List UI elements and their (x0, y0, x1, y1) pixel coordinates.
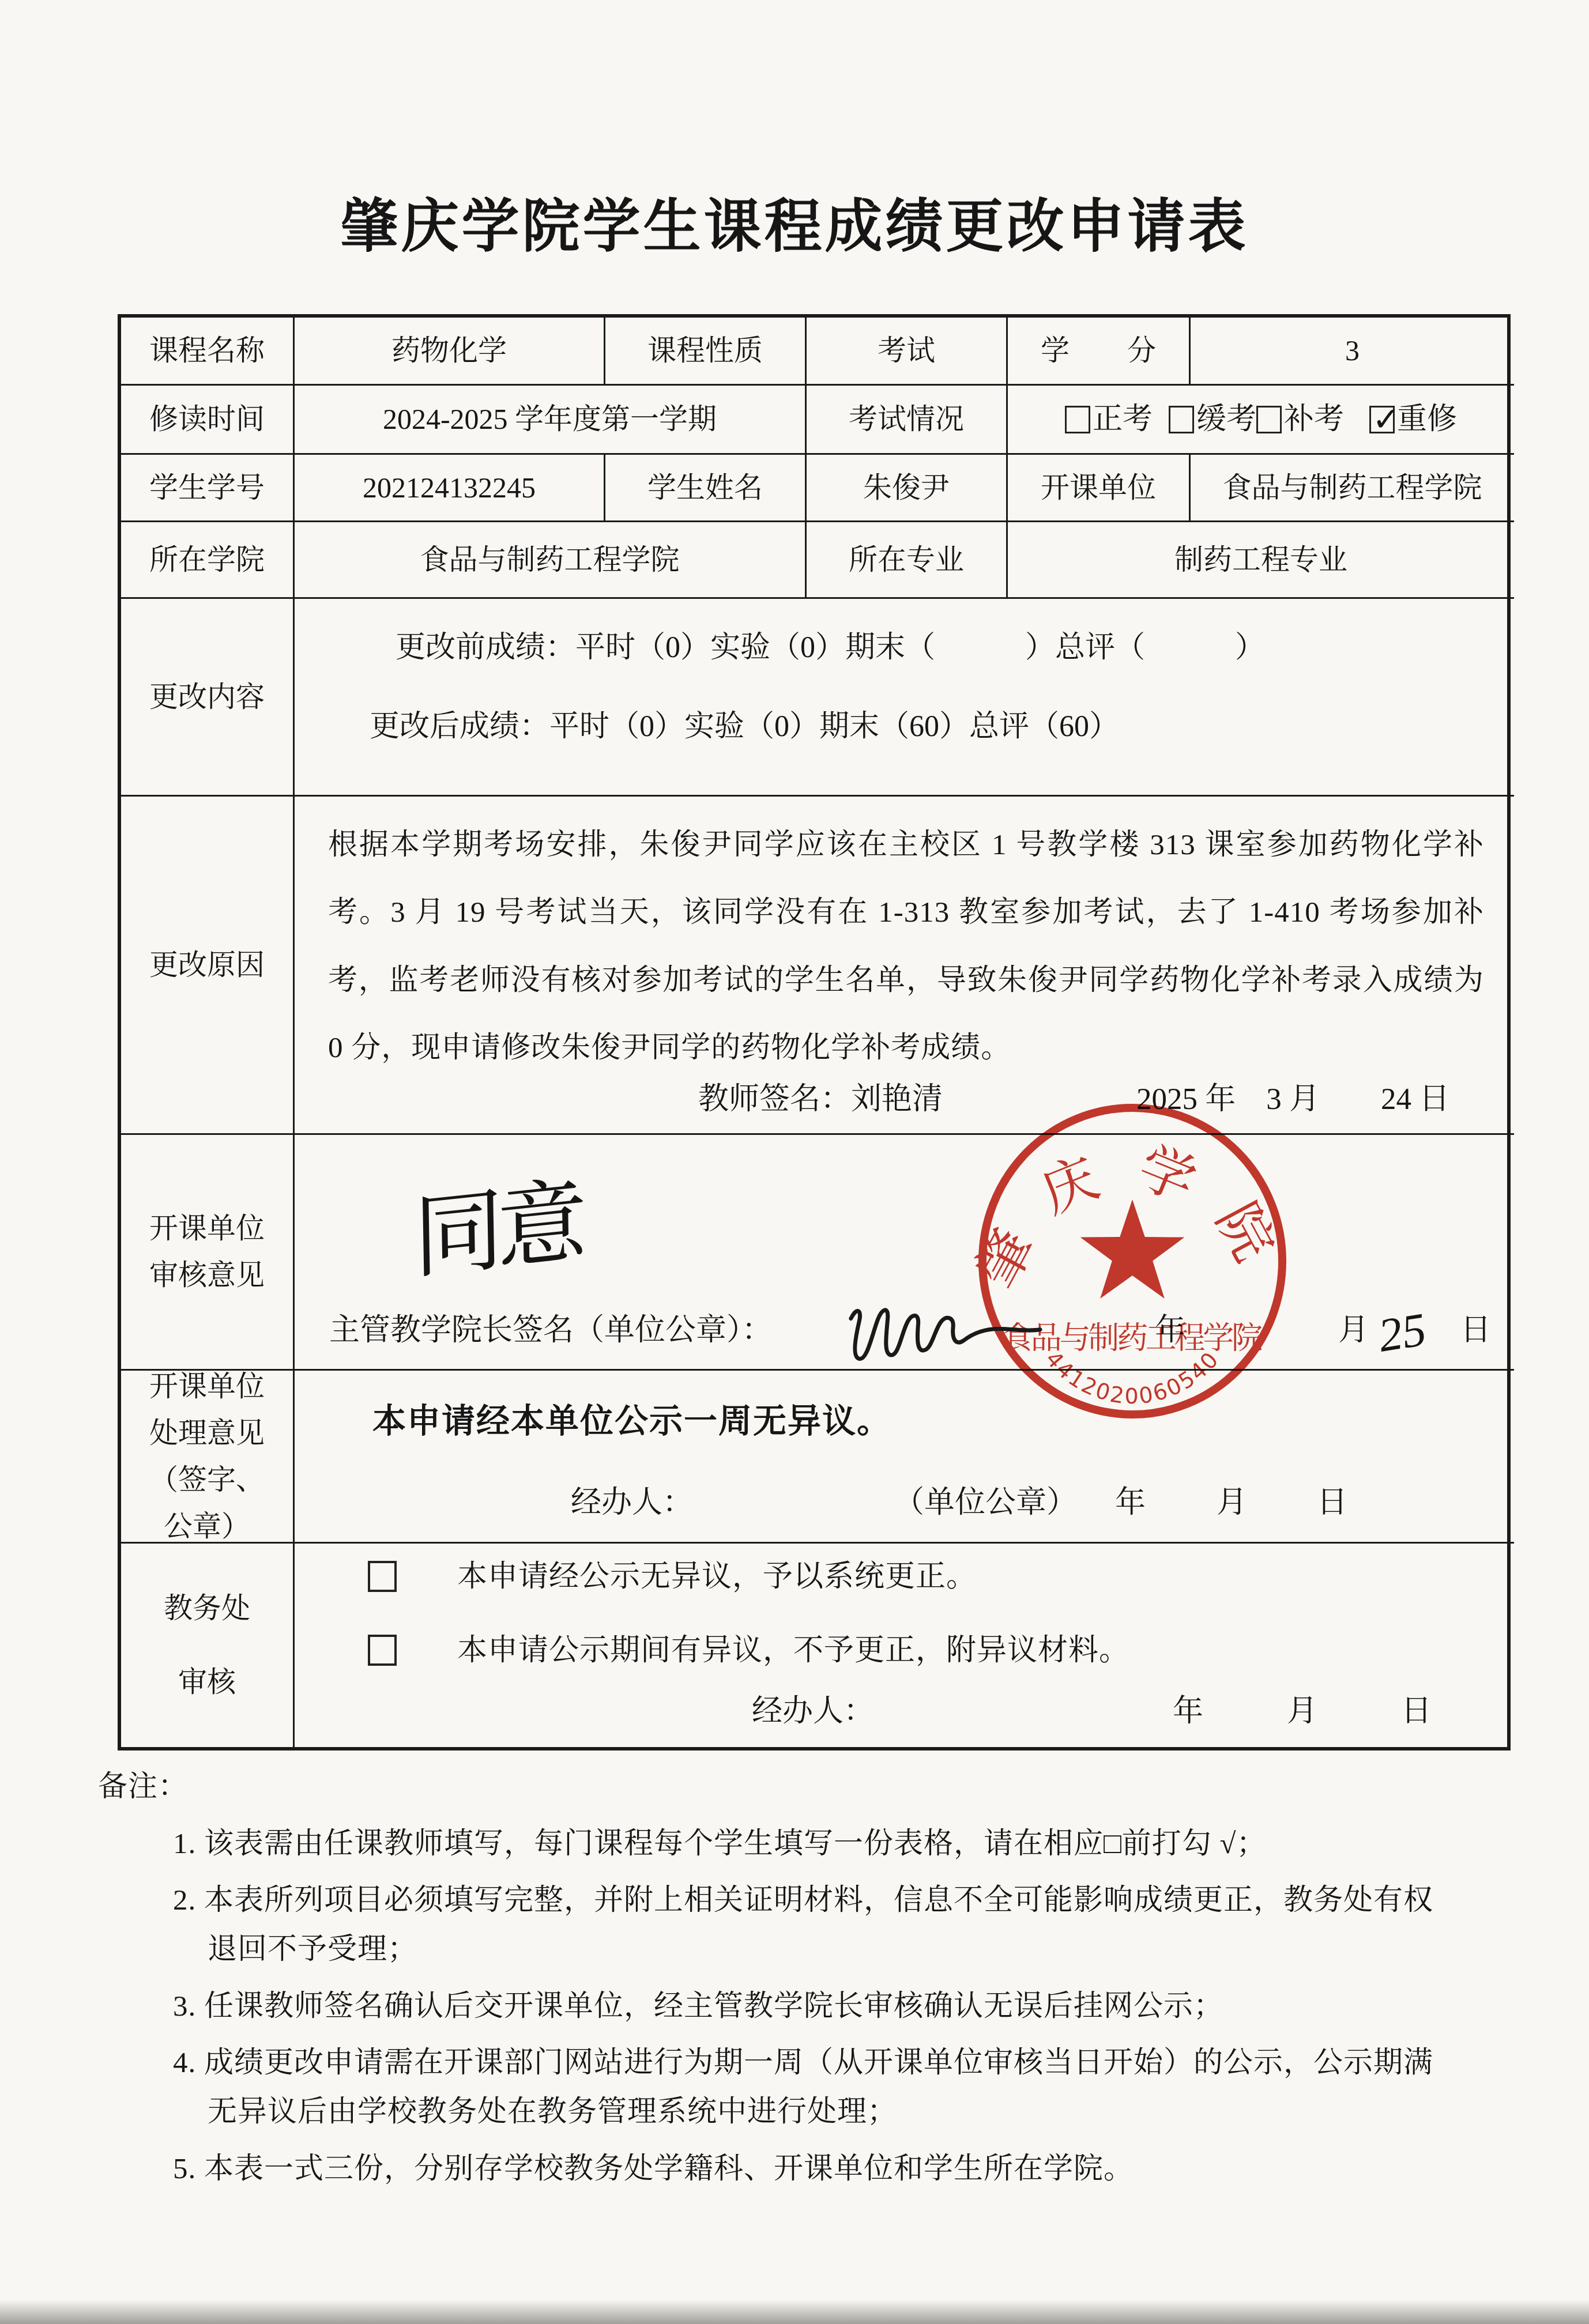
checkbox-zhengkao (1065, 406, 1090, 433)
change-reason-text: 根据本学期考场安排，朱俊尹同学应该在主校区 1 号教学楼 313 课室参加药物化… (295, 797, 1514, 1082)
credit-value: 3 (1191, 318, 1514, 386)
student-name-value: 朱俊尹 (807, 455, 1008, 522)
exam-status-label: 考试情况 (807, 386, 1008, 455)
note-item-2: 2. 本表所列项目必须填写完整，并附上相关证明材料，信息不全可能影响成绩更正，教… (98, 1876, 1436, 1974)
change-content-cell: 更改前成绩：平时（0）实验（0）期末（ ）总评（ ） 更改后成绩：平时（0）实验… (295, 599, 1514, 797)
dean-day-label: 日 (1460, 1311, 1491, 1349)
registrar-option-2: 本申请公示期间有异议，不予更正，附异议材料。 (368, 1630, 1129, 1670)
checkbox-no-objection (368, 1561, 397, 1592)
grade-before-line: 更改前成绩：平时（0）实验（0）期末（ ）总评（ ） (396, 629, 1514, 666)
college-value: 食品与制药工程学院 (295, 522, 807, 599)
unit-operator-label: 经办人： (571, 1484, 693, 1522)
unit-review-label: 开课单位 审核意见 (121, 1135, 295, 1371)
public-notice-statement: 本申请经本单位公示一周无异议。 (372, 1401, 891, 1443)
registrar-day-label: 日 (1401, 1692, 1432, 1730)
dean-sign-label: 主管教学院长签名（单位公章）： (329, 1311, 773, 1349)
unit-operator-line: 经办人： （单位公章） 年 月 日 (295, 1484, 1514, 1522)
checkbox-bukao (1256, 406, 1282, 433)
teacher-sign-label: 教师签名： (698, 1082, 851, 1116)
unit-year-label: 年 (1115, 1484, 1146, 1522)
teacher-sign-date: 2025 年 3 月 24 日 (1136, 1080, 1449, 1118)
notes-section: 备注： 1. 该表需由任课教师填写，每门课程每个学生填写一份表格，请在相应□前打… (98, 1763, 1436, 2193)
handwritten-day: 25 (1374, 1300, 1430, 1365)
registrar-operator-label: 经办人： (752, 1692, 874, 1730)
checkbox-chongxiu-checked: ✓ (1369, 406, 1395, 433)
option-chongxiu-label: 重修 (1397, 401, 1457, 438)
credit-label: 学 分 (1008, 318, 1191, 386)
note-item-3: 3. 任课教师签名确认后交开课单位，经主管教学院长审核确认无误后挂网公示； (98, 1982, 1436, 2031)
option-zhengkao-label: 正考 (1093, 401, 1153, 438)
teacher-name: 刘艳清 (851, 1082, 943, 1116)
teacher-signature-line: 教师签名：刘艳清 2025 年 3 月 24 日 (295, 1080, 1514, 1118)
dean-signature-line: 主管教学院长签名（单位公章）： 年 月 25 日 (295, 1311, 1514, 1352)
notes-heading: 备注： (98, 1763, 1436, 1812)
handwritten-agree: 同意 (412, 1165, 582, 1297)
note-item-1: 1. 该表需由任课教师填写，每门课程每个学生填写一份表格，请在相应□前打勾 √； (98, 1820, 1436, 1869)
student-name-label: 学生姓名 (605, 455, 807, 522)
exam-status-options: 正考 缓考 补考 ✓重修 (1008, 386, 1514, 455)
registrar-year-label: 年 (1173, 1692, 1203, 1730)
registrar-label: 教务处 审核 (121, 1544, 295, 1747)
unit-review-cell: 同意 主管教学院长签名（单位公章）： 年 月 25 日 (295, 1135, 1514, 1371)
major-label: 所在专业 (807, 522, 1008, 599)
student-id-value: 202124132245 (295, 455, 605, 522)
note-item-4: 4. 成绩更改申请需在开课部门网站进行为期一周（从开课单位审核当日开始）的公示，… (98, 2039, 1436, 2136)
change-content-label: 更改内容 (121, 599, 295, 797)
registrar-month-label: 月 (1287, 1692, 1317, 1730)
checkbox-objection (368, 1635, 397, 1666)
scan-edge-shadow (0, 2300, 1589, 2324)
student-id-label: 学生学号 (121, 455, 295, 522)
registrar-option-1: 本申请经公示无异议，予以系统更正。 (368, 1556, 977, 1597)
offering-unit-label: 开课单位 (1008, 455, 1191, 522)
checkbox-huankao (1169, 406, 1194, 433)
change-reason-label: 更改原因 (121, 797, 295, 1135)
change-reason-cell: 根据本学期考场安排，朱俊尹同学应该在主校区 1 号教学楼 313 课室参加药物化… (295, 797, 1514, 1135)
unit-decision-cell: 本申请经本单位公示一周无异议。 经办人： （单位公章） 年 月 日 (295, 1371, 1514, 1544)
course-name-label: 课程名称 (121, 318, 295, 386)
registrar-operator-line: 经办人： 年 月 日 (295, 1692, 1514, 1730)
college-label: 所在学院 (121, 522, 295, 599)
course-type-value: 考试 (807, 318, 1008, 386)
scanned-form-page: 肇庆学院学生课程成绩更改申请表 课程名称 药物化学 课程性质 考试 学 分 3 … (0, 0, 1589, 2324)
unit-day-label: 日 (1317, 1484, 1347, 1522)
unit-month-label: 月 (1217, 1484, 1247, 1522)
application-form-table: 课程名称 药物化学 课程性质 考试 学 分 3 修读时间 2024-2025 学… (118, 314, 1511, 1750)
unit-decision-label: 开课单位 处理意见 （签字、 公章） (121, 1371, 295, 1544)
course-type-label: 课程性质 (605, 318, 807, 386)
study-time-label: 修读时间 (121, 386, 295, 455)
registrar-cell: 本申请经公示无异议，予以系统更正。 本申请公示期间有异议，不予更正，附异议材料。… (295, 1544, 1514, 1747)
major-value: 制药工程专业 (1008, 522, 1514, 599)
study-time-value: 2024-2025 学年度第一学期 (295, 386, 807, 455)
option-bukao-label: 补考 (1284, 401, 1344, 438)
course-name-value: 药物化学 (295, 318, 605, 386)
offering-unit-value: 食品与制药工程学院 (1191, 455, 1514, 522)
option-huankao-label: 缓考 (1196, 401, 1256, 438)
grade-after-line: 更改后成绩：平时（0）实验（0）期末（60）总评（60） (370, 708, 1514, 745)
check-icon: ✓ (1372, 398, 1400, 440)
note-item-5: 5. 本表一式三份，分别存学校教务处学籍科、开课单位和学生所在学院。 (98, 2145, 1436, 2194)
dean-month-label: 月 (1338, 1311, 1369, 1349)
dean-year-label: 年 (1155, 1311, 1185, 1349)
unit-seal-label: （单位公章） (894, 1484, 1077, 1522)
page-title: 肇庆学院学生课程成绩更改申请表 (0, 180, 1589, 263)
